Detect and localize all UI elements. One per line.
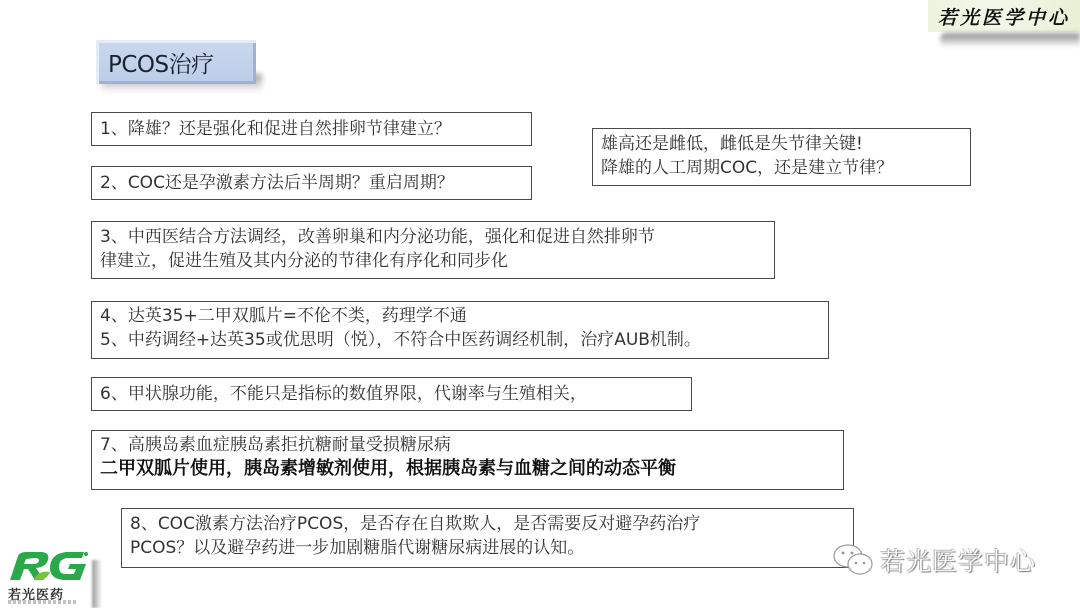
slide: 若光医学中心 PCOS治疗 1、降雄？还是强化和促进自然排卵节律建立？ 2、CO… bbox=[0, 0, 1080, 608]
point-box-3: 3、中西医结合方法调经，改善卵巢和内分泌功能，强化和促进自然排卵节 律建立，促进… bbox=[91, 221, 775, 279]
point-text-line-2: PCOS？以及避孕药进一步加剧糖脂代谢糖尿病进展的认知。 bbox=[130, 536, 845, 560]
slide-title: PCOS治疗 bbox=[96, 40, 256, 84]
company-logo: 若光医药 bbox=[0, 548, 92, 608]
side-note-box: 雄高还是雌低，雌低是失节律关键! 降雄的人工周期COC，还是建立节律？ bbox=[592, 128, 971, 186]
side-note-line-1: 雄高还是雌低，雌低是失节律关键! bbox=[601, 132, 962, 156]
point-text: 1、降雄？还是强化和促进自然排卵节律建立？ bbox=[100, 117, 523, 141]
logo-shadow bbox=[92, 560, 102, 608]
side-note-line-2: 降雄的人工周期COC，还是建立节律？ bbox=[601, 156, 962, 180]
point-box-4-5: 4、达英35+二甲双胍片=不伦不类，药理学不通 5、中药调经+达英35或优思明（… bbox=[91, 301, 829, 359]
rg-logo-icon bbox=[4, 550, 90, 586]
point-text-line-2: 5、中药调经+达英35或优思明（悦），不符合中医药调经机制，治疗AUB机制。 bbox=[100, 328, 820, 352]
brand-header: 若光医学中心 bbox=[928, 0, 1080, 32]
point-box-2: 2、COC还是孕激素方法后半周期？重启周期？ bbox=[91, 166, 532, 200]
logo-subtitle bbox=[8, 600, 78, 604]
point-text-line-1: 8、COC激素方法治疗PCOS，是否存在自欺欺人，是否需要反对避孕药治疗 bbox=[130, 512, 845, 536]
wechat-icon bbox=[832, 542, 876, 578]
point-text-line-1: 4、达英35+二甲双胍片=不伦不类，药理学不通 bbox=[100, 304, 820, 328]
point-text-line-1: 3、中西医结合方法调经，改善卵巢和内分泌功能，强化和促进自然排卵节 bbox=[100, 225, 766, 249]
wechat-watermark: 若光医学中心 bbox=[832, 540, 1036, 580]
brand-header-text: 若光医学中心 bbox=[938, 3, 1070, 30]
slide-title-text: PCOS治疗 bbox=[108, 46, 214, 79]
watermark-text: 若光医学中心 bbox=[880, 542, 1036, 578]
point-text-emphasis: 二甲双胍片使用，胰岛素增敏剂使用，根据胰岛素与血糖之间的动态平衡 bbox=[100, 457, 835, 481]
point-text-line-1: 7、高胰岛素血症胰岛素拒抗糖耐量受损糖尿病 bbox=[100, 433, 835, 457]
point-text: 2、COC还是孕激素方法后半周期？重启周期？ bbox=[100, 171, 523, 195]
point-box-1: 1、降雄？还是强化和促进自然排卵节律建立？ bbox=[91, 112, 532, 146]
brand-header-shadow bbox=[940, 33, 1080, 47]
point-text-line-2: 律建立，促进生殖及其内分泌的节律化有序化和同步化 bbox=[100, 249, 766, 273]
point-box-6: 6、甲状腺功能，不能只是指标的数值界限，代谢率与生殖相关， bbox=[91, 377, 692, 411]
point-text: 6、甲状腺功能，不能只是指标的数值界限，代谢率与生殖相关， bbox=[100, 382, 683, 406]
point-box-8: 8、COC激素方法治疗PCOS，是否存在自欺欺人，是否需要反对避孕药治疗 PCO… bbox=[121, 508, 854, 568]
point-box-7: 7、高胰岛素血症胰岛素拒抗糖耐量受损糖尿病 二甲双胍片使用，胰岛素增敏剂使用，根… bbox=[91, 430, 844, 490]
